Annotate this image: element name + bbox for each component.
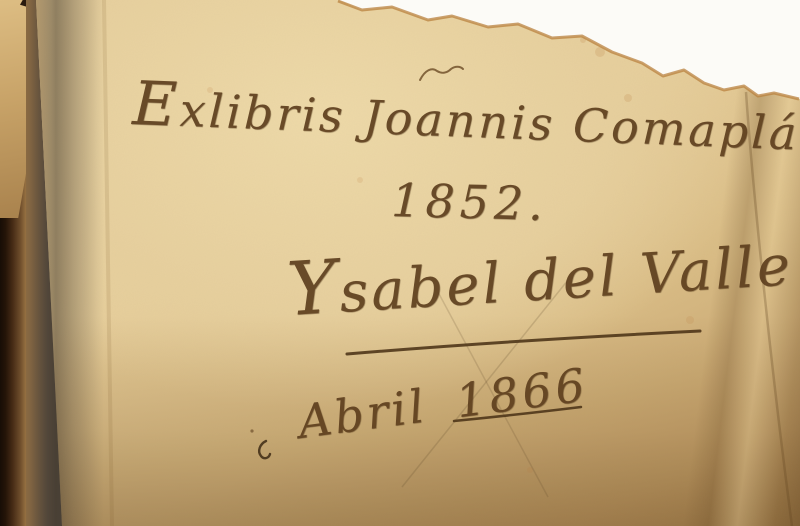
ink-dot <box>250 429 253 432</box>
inscription-year-1852: 1852. <box>391 174 549 231</box>
book-flyleaf-photo: Exlibris Joannis Comaplá 1852. Ysabel de… <box>0 0 800 526</box>
foxing-spot <box>357 177 363 183</box>
foxing-spot <box>686 316 694 324</box>
